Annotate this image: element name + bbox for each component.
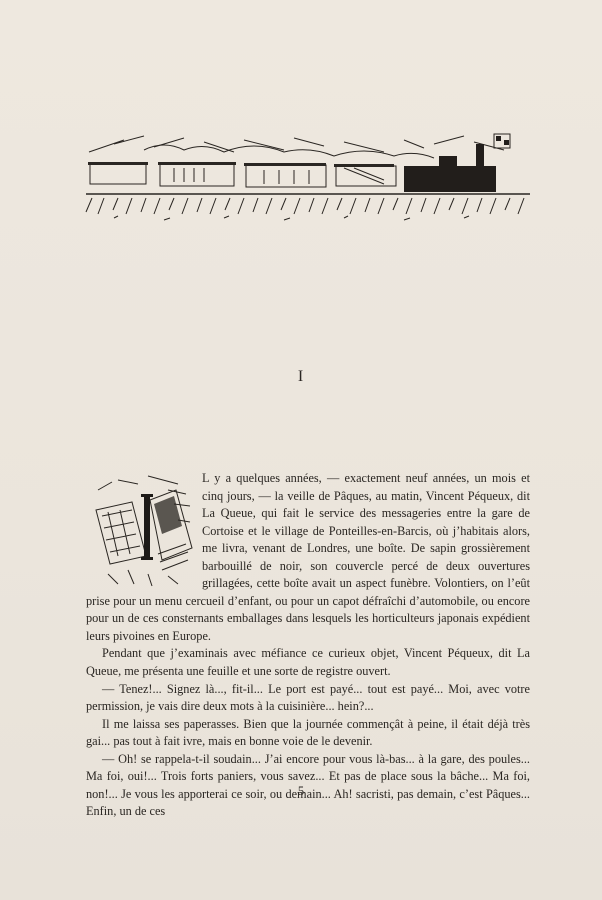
dropcap-illustration bbox=[88, 470, 194, 588]
book-page: I L y a quelques années, — exactement ne… bbox=[0, 0, 602, 900]
paragraph: Il me laissa ses paperasses. Bien que la… bbox=[86, 716, 530, 751]
page-number: 5 bbox=[0, 784, 602, 799]
paragraph: Pendant que j’examinais avec méfiance ce… bbox=[86, 645, 530, 680]
chapter-text: L y a quelques années, — exactement neuf… bbox=[86, 470, 530, 821]
train-engraving-illustration bbox=[84, 132, 532, 226]
chapter-numeral: I bbox=[0, 368, 602, 386]
paragraph: — Tenez!... Signez là..., fit-il... Le p… bbox=[86, 681, 530, 716]
